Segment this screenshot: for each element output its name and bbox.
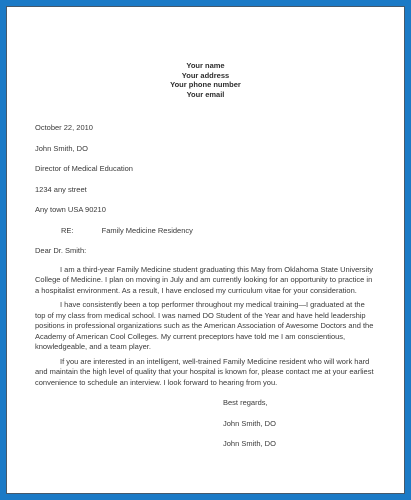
recipient-city: Any town USA 90210 <box>35 200 376 221</box>
letterhead-phone: Your phone number <box>35 80 376 90</box>
letterhead-email: Your email <box>35 90 376 100</box>
recipient-block: October 22, 2010 John Smith, DO Director… <box>35 118 376 262</box>
letter-page: Your name Your address Your phone number… <box>0 0 411 500</box>
subject-text: Family Medicine Residency <box>102 226 193 235</box>
recipient-name: John Smith, DO <box>35 139 376 160</box>
body-paragraph-1: I am a third-year Family Medicine studen… <box>35 265 376 297</box>
letterhead-address: Your address <box>35 71 376 81</box>
recipient-title: Director of Medical Education <box>35 159 376 180</box>
letterhead: Your name Your address Your phone number… <box>35 6 376 99</box>
salutation: Dear Dr. Smith: <box>35 241 376 262</box>
recipient-street: 1234 any street <box>35 180 376 201</box>
body-paragraph-3: If you are interested in an intelligent,… <box>35 357 376 389</box>
letter-body: I am a third-year Family Medicine studen… <box>35 265 376 389</box>
signature-line-2: John Smith, DO <box>223 434 376 455</box>
valediction: Best regards, <box>223 393 376 414</box>
signature-line-1: John Smith, DO <box>223 414 376 435</box>
subject-line: RE: Family Medicine Residency <box>35 221 376 242</box>
subject-label: RE: <box>61 226 74 235</box>
letter-content: Your name Your address Your phone number… <box>6 6 405 494</box>
letter-date: October 22, 2010 <box>35 118 376 139</box>
letterhead-name: Your name <box>35 61 376 71</box>
closing-block: Best regards, John Smith, DO John Smith,… <box>223 393 376 455</box>
body-paragraph-2: I have consistently been a top performer… <box>35 300 376 353</box>
